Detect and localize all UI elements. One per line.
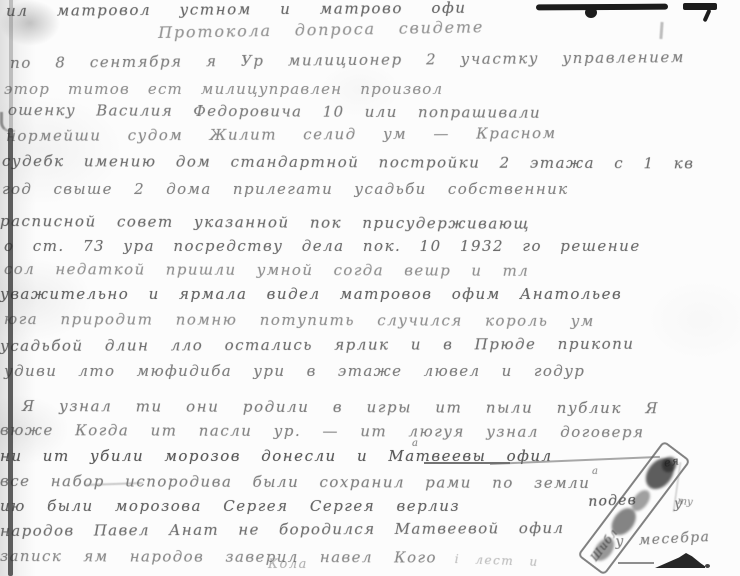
handwritten-line: Я узнал ти они родили в игры ит пыли пуб…: [22, 397, 659, 417]
handwritten-line: ошенку Василия Федоровича 10 или попраши…: [8, 101, 541, 122]
faint-pen-stroke: [659, 22, 663, 39]
handwritten-line: уважительно и ярмала видел матровов офим…: [0, 285, 622, 303]
handwritten-line: сол недаткой пришли умной согда вешр и т…: [4, 260, 529, 280]
ink-dot: [705, 564, 710, 568]
handwritten-line: юга природит помню потупить случился кор…: [4, 310, 595, 330]
handwritten-fragment: Кола: [268, 557, 308, 572]
handwritten-line: народов Павел Анат не бородился Матвеево…: [0, 519, 564, 540]
handwritten-fragment: і лест и: [455, 552, 539, 569]
manuscript-page: ил матровол устном и матрово офиПротокол…: [0, 0, 740, 576]
handwritten-line: судебк имению дом стандартной постройки …: [2, 152, 695, 172]
handwritten-line: по 8 сентября я Ур милиционер 2 участку …: [10, 48, 685, 72]
ink-bar-tail: [703, 9, 712, 23]
ink-blot: [655, 553, 705, 568]
handwritten-line: Протокола допроса свидете: [158, 17, 484, 42]
ink-dash: [618, 562, 654, 564]
handwritten-fragment: ту: [677, 496, 693, 508]
handwritten-line: все набор испородива были сохранил рами …: [0, 472, 590, 492]
handwritten-line: год свыше 2 дома прилегати усадьби собст…: [2, 180, 569, 198]
handwritten-line: этор титов ест милицуправлен произвол: [4, 80, 443, 98]
handwritten-line: ил матровол устном и матрово офи: [6, 0, 467, 20]
handwritten-line: расписной совет указанной пок присудержи…: [0, 212, 530, 233]
handwritten-fragment: а: [592, 466, 598, 477]
ink-bar-artifact: [536, 4, 668, 11]
ink-blot-dot: [585, 7, 597, 18]
handwritten-line: записк ям народов заверил навел Кого: [0, 547, 437, 567]
handwritten-line: вюже Когда ит пасли ур. — ит люгуя узнал…: [0, 421, 645, 441]
handwritten-line: о ст. 73 ура посредству дела пок. 10 193…: [4, 237, 641, 255]
handwritten-fragment: а: [412, 438, 418, 449]
handwritten-line: нормейши судом Жилит селид ум — Красном: [6, 124, 557, 145]
handwritten-line: удиви лто мюфидиба ури в этаже лювел и г…: [4, 362, 585, 380]
ink-bar-artifact-2: [683, 3, 717, 10]
handwritten-line: ию были морозова Сергея Сергея верлиз: [0, 497, 460, 515]
handwritten-line: усадьбой длин лло остались ярлик и в Прю…: [0, 335, 634, 355]
